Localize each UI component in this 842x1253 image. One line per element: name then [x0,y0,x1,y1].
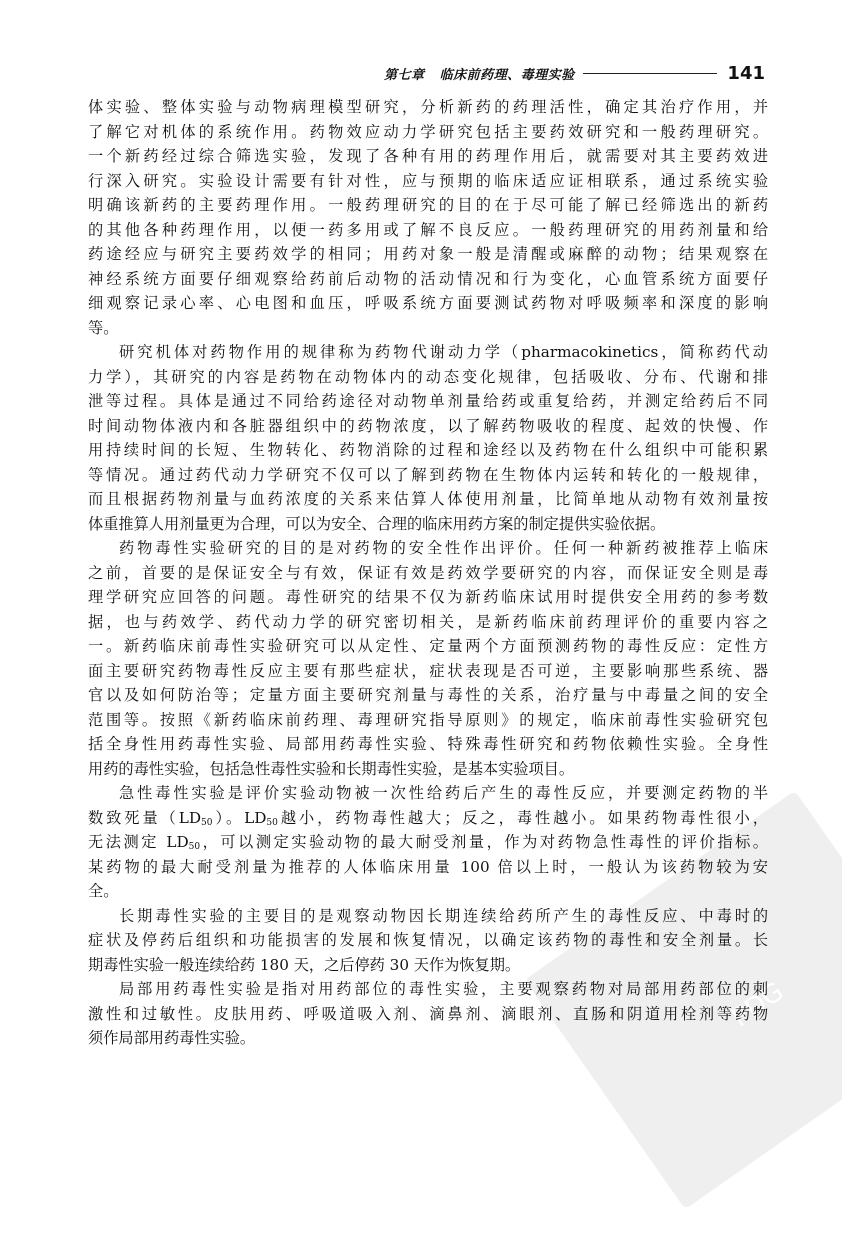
text-line: 全。 [88,879,768,904]
text-line: 须作局部用药毒性实验。 [88,1026,768,1051]
text-line: 长期毒性实验的主要目的是观察动物因长期连续给药所产生的毒性反应、中毒时的 [88,904,768,929]
text-line: 数致死量（LD50）。LD50越小，药物毒性越大；反之，毒性越小。如果药物毒性很… [88,806,768,831]
text-line: 理学研究应回答的问题。毒性研究的结果不仅为新药临床试用时提供安全用药的参考数 [88,585,768,610]
text-line: 期毒性实验一般连续给药 180 天，之后停药 30 天作为恢复期。 [88,953,768,978]
text-line: 神经系统方面要仔细观察给药前后动物的活动情况和行为变化，心血管系统方面要仔 [88,267,768,292]
text-line: 用持续时间的长短、生物转化、药物消除的过程和途经以及药物在什么组织中可能积累 [88,438,768,463]
text-line: 的其他各种药理作用，以便一药多用或了解不良反应。一般药理研究的用药剂量和给 [88,218,768,243]
text-line: 括全身性用药毒性实验、局部用药毒性实验、特殊毒性研究和药物依赖性实验。全身性 [88,732,768,757]
header-chapter: 第七章 临床前药理、毒理实验 [384,64,575,83]
text-line: 研究机体对药物作用的规律称为药物代谢动力学（pharmacokinetics，简… [88,340,768,365]
paragraph: 局部用药毒性实验是指对用药部位的毒性实验，主要观察药物对局部用药部位的刺激性和过… [88,977,768,1051]
text-line: 一。新药临床前毒性实验研究可以从定性、定量两个方面预测药物的毒性反应：定性方 [88,634,768,659]
paragraph: 体实验、整体实验与动物病理模型研究，分析新药的药理活性，确定其治疗作用，并了解它… [88,95,768,340]
text-line: 之前，首要的是保证安全与有效，保证有效是药效学要研究的内容，而保证安全则是毒 [88,561,768,586]
text-line: 力学），其研究的内容是药物在动物体内的动态变化规律，包括吸收、分布、代谢和排 [88,365,768,390]
text-line: 无法测定 LD50，可以测定实验动物的最大耐受剂量，作为对药物急性毒性的评价指标… [88,830,768,855]
paragraph: 药物毒性实验研究的目的是对药物的安全性作出评价。任何一种新药被推荐上临床之前，首… [88,536,768,781]
text-line: 范围等。按照《新药临床前药理、毒理研究指导原则》的规定，临床前毒性实验研究包 [88,708,768,733]
text-line: 局部用药毒性实验是指对用药部位的毒性实验，主要观察药物对局部用药部位的刺 [88,977,768,1002]
paragraph: 长期毒性实验的主要目的是观察动物因长期连续给药所产生的毒性反应、中毒时的症状及停… [88,904,768,978]
body-text: 体实验、整体实验与动物病理模型研究，分析新药的药理活性，确定其治疗作用，并了解它… [88,95,768,1051]
text-line: 症状及停药后组织和功能损害的发展和恢复情况，以确定该药物的毒性和安全剂量。长 [88,928,768,953]
header-rule [583,73,718,74]
text-line: 体重推算人用剂量更为合理，可以为安全、合理的临床用药方案的制定提供实验依据。 [88,512,768,537]
text-line: 急性毒性实验是评价实验动物被一次性给药后产生的毒性反应，并要测定药物的半 [88,781,768,806]
text-line: 用药的毒性实验，包括急性毒性实验和长期毒性实验，是基本实验项目。 [88,757,768,782]
text-line: 体实验、整体实验与动物病理模型研究，分析新药的药理活性，确定其治疗作用，并 [88,95,768,120]
text-line: 时间动物体液内和各脏器组织中的药物浓度，以了解药物吸收的程度、起效的快慢、作 [88,414,768,439]
text-line: 某药物的最大耐受剂量为推荐的人体临床用量 100 倍以上时，一般认为该药物较为安 [88,855,768,880]
text-line: 药物毒性实验研究的目的是对药物的安全性作出评价。任何一种新药被推荐上临床 [88,536,768,561]
running-header: 第七章 临床前药理、毒理实验 141 [384,60,765,86]
text-line: 细观察记录心率、心电图和血压，呼吸系统方面要测试药物对呼吸频率和深度的影响 [88,291,768,316]
page-number: 141 [727,63,765,84]
chapter-label: 第七章 [384,68,425,83]
text-line: 据，也与药效学、药代动力学的研究密切相关，是新药临床前药理评价的重要内容之 [88,610,768,635]
text-line: 而且根据药物剂量与血药浓度的关系来估算人体使用剂量，比简单地从动物有效剂量按 [88,487,768,512]
text-line: 行深入研究。实验设计需要有针对性，应与预期的临床适应证相联系，通过系统实验 [88,169,768,194]
paragraph: 研究机体对药物作用的规律称为药物代谢动力学（pharmacokinetics，简… [88,340,768,536]
text-line: 药途经应与研究主要药效学的相同；用药对象一般是清醒或麻醉的动物；结果观察在 [88,242,768,267]
paragraph: 急性毒性实验是评价实验动物被一次性给药后产生的毒性反应，并要测定药物的半数致死量… [88,781,768,904]
section-title: 临床前药理、毒理实验 [440,68,575,83]
text-line: 等。 [88,316,768,341]
text-line: 泄等过程。具体是通过不同给药途径对动物单剂量给药或重复给药，并测定给药后不同 [88,389,768,414]
text-line: 激性和过敏性。皮肤用药、呼吸道吸入剂、滴鼻剂、滴眼剂、直肠和阴道用栓剂等药物 [88,1002,768,1027]
text-line: 一个新药经过综合筛选实验，发现了各种有用的药理作用后，就需要对其主要药效进 [88,144,768,169]
text-line: 等情况。通过药代动力学研究不仅可以了解到药物在生物体内运转和转化的一般规律， [88,463,768,488]
text-line: 面主要研究药物毒性反应主要有那些症状，症状表现是否可逆，主要影响那些系统、器 [88,659,768,684]
text-line: 了解它对机体的系统作用。药物效应动力学研究包括主要药效研究和一般药理研究。 [88,120,768,145]
text-line: 明确该新药的主要药理作用。一般药理研究的目的在于尽可能了解已经筛选出的新药 [88,193,768,218]
text-line: 官以及如何防治等；定量方面主要研究剂量与毒性的关系，治疗量与中毒量之间的安全 [88,683,768,708]
